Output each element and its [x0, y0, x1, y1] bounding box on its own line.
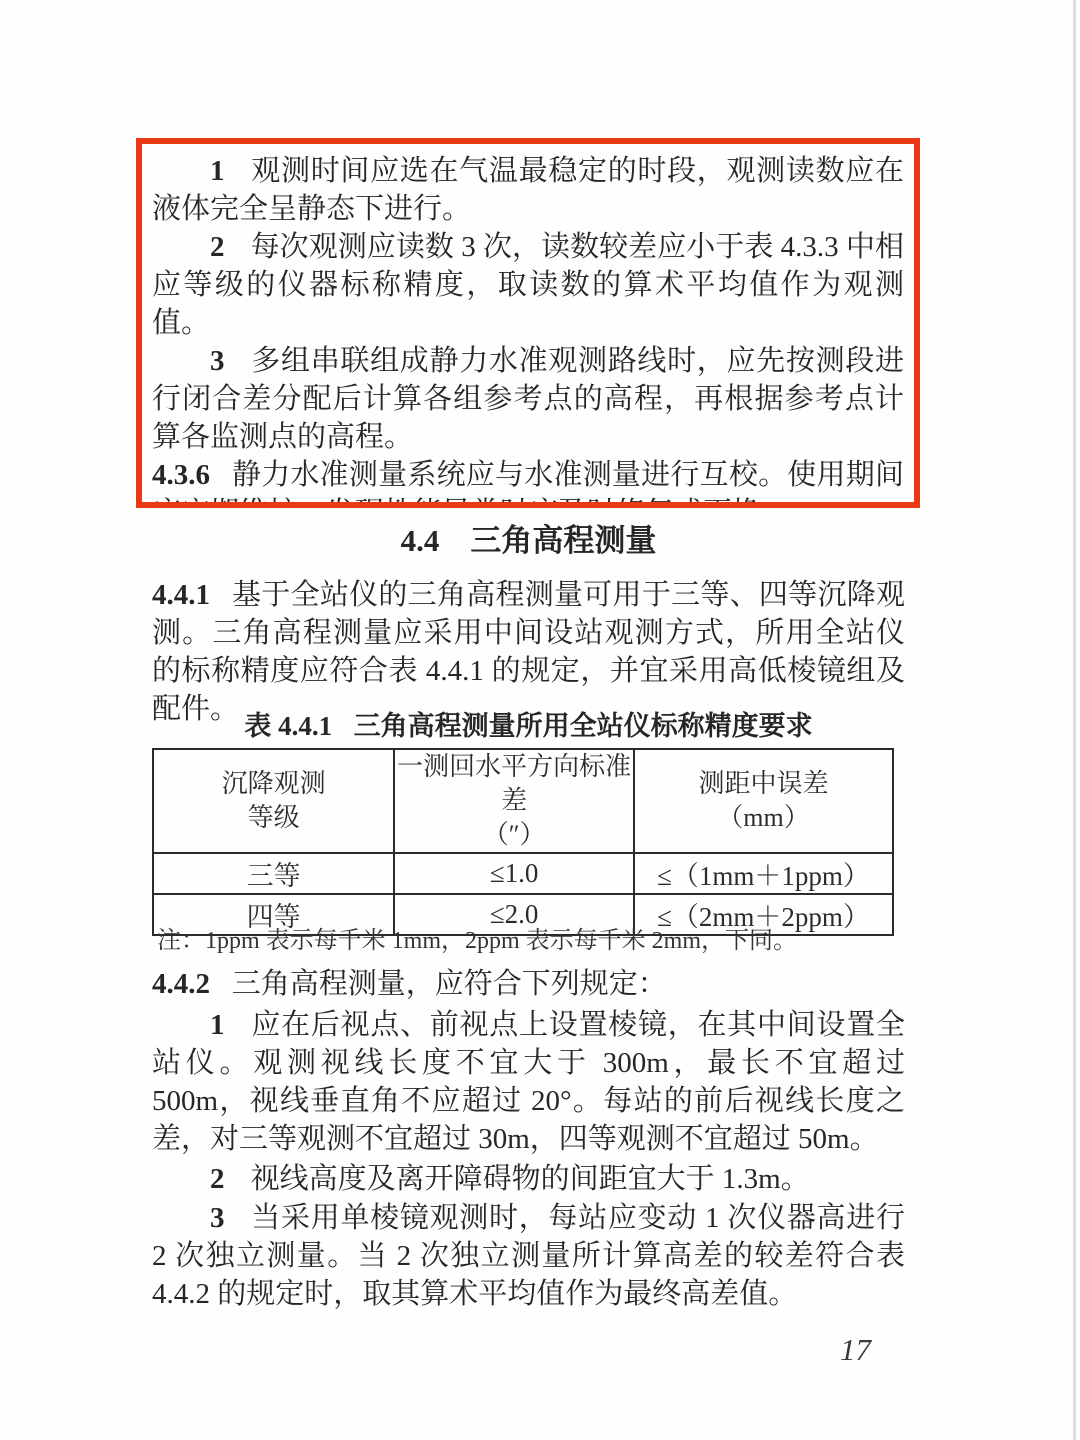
clause-442-item-3: 3当采用单棱镜观测时，每站应变动 1 次仪器高进行 2 次独立测量。当 2 次独… — [152, 1199, 905, 1313]
item-number: 3 — [210, 1202, 225, 1234]
cell-grade: 三等 — [153, 853, 394, 894]
table-caption-label: 表 4.4.1 — [244, 711, 332, 741]
boxed-item-2: 2每次观测应读数 3 次，读数较差应小于表 4.3.3 中相应等级的仪器标称精度… — [152, 228, 904, 342]
header-direction-stddev: 一测回水平方向标准差 （″） — [394, 749, 634, 853]
boxed-item-3: 3多组串联组成静力水准观测路线时，应先按测段进行闭合差分配后计算各组参考点的高程… — [152, 342, 904, 456]
item-text: 当采用单棱镜观测时，每站应变动 1 次仪器高进行 2 次独立测量。当 2 次独立… — [152, 1202, 905, 1310]
boxed-clause-text: 1观测时间应选在气温最稳定的时段，观测读数应在液体完全呈静态下进行。 2每次观测… — [142, 144, 914, 508]
header-grade: 沉降观测 等级 — [153, 749, 394, 853]
item-text: 视线高度及离开障碍物的间距宜大于 1.3m。 — [251, 1163, 810, 1195]
document-page: 1观测时间应选在气温最稳定的时段，观测读数应在液体完全呈静态下进行。 2每次观测… — [0, 0, 1080, 1440]
clause-text: 静力水准测量系统应与水准测量进行互校。使用期间应定期维护，发现性能异常时应及时修… — [152, 459, 904, 508]
precision-requirements-table: 沉降观测 等级 一测回水平方向标准差 （″） 测距中误差 （mm） 三等 — [152, 748, 894, 936]
item-paragraph: 3当采用单棱镜观测时，每站应变动 1 次仪器高进行 2 次独立测量。当 2 次独… — [152, 1199, 905, 1313]
cell-stddev: ≤1.0 — [394, 853, 634, 894]
clause-number: 4.3.6 — [152, 459, 210, 491]
clause-442: 4.4.2三角高程测量，应符合下列规定： — [152, 965, 905, 1003]
item-text: 多组串联组成静力水准观测路线时，应先按测段进行闭合差分配后计算各组参考点的高程，… — [152, 345, 904, 453]
header-line: 一测回水平方向标准差 — [395, 750, 633, 818]
header-line: （mm） — [635, 801, 892, 835]
item-paragraph: 1应在后视点、前视点上设置棱镜，在其中间设置全站仪。观测视线长度不宜大于 300… — [152, 1006, 905, 1158]
item-number: 2 — [210, 231, 225, 263]
item-number: 1 — [210, 1009, 225, 1041]
section-title: 三角高程测量 — [470, 523, 656, 558]
item-number: 1 — [210, 155, 225, 187]
clause-number: 4.4.1 — [152, 579, 210, 611]
section-number: 4.4 — [401, 523, 440, 558]
scan-edge-artifact — [1073, 0, 1076, 1440]
header-line: 沉降观测 — [154, 767, 393, 801]
item-text: 观测时间应选在气温最稳定的时段，观测读数应在液体完全呈静态下进行。 — [152, 155, 904, 225]
clause-442-item-2: 2视线高度及离开障碍物的间距宜大于 1.3m。 — [152, 1160, 905, 1198]
table-header-row: 沉降观测 等级 一测回水平方向标准差 （″） 测距中误差 （mm） — [153, 749, 893, 853]
header-line: 等级 — [154, 801, 393, 835]
boxed-item-1: 1观测时间应选在气温最稳定的时段，观测读数应在液体完全呈静态下进行。 — [152, 152, 904, 228]
item-paragraph: 2视线高度及离开障碍物的间距宜大于 1.3m。 — [152, 1160, 905, 1198]
boxed-clause-436: 4.3.6静力水准测量系统应与水准测量进行互校。使用期间应定期维护，发现性能异常… — [152, 456, 904, 508]
page-number: 17 — [840, 1332, 871, 1368]
clause-number: 4.4.2 — [152, 968, 210, 1000]
table-row: 三等 ≤1.0 ≤（1mm＋1ppm） — [153, 853, 893, 894]
clause-lead: 三角高程测量，应符合下列规定： — [232, 968, 667, 1000]
header-line: 测距中误差 — [635, 767, 892, 801]
item-number: 2 — [210, 1163, 225, 1195]
table-441-container: 沉降观测 等级 一测回水平方向标准差 （″） 测距中误差 （mm） 三等 — [152, 748, 894, 936]
header-distance-error: 测距中误差 （mm） — [634, 749, 893, 853]
cell-distance-error: ≤（1mm＋1ppm） — [634, 853, 893, 894]
item-text: 每次观测应读数 3 次，读数较差应小于表 4.3.3 中相应等级的仪器标称精度，… — [152, 231, 904, 339]
clause-442-item-1: 1应在后视点、前视点上设置棱镜，在其中间设置全站仪。观测视线长度不宜大于 300… — [152, 1006, 905, 1158]
item-text: 应在后视点、前视点上设置棱镜，在其中间设置全站仪。观测视线长度不宜大于 300m… — [152, 1009, 905, 1155]
header-line: （″） — [395, 818, 633, 852]
section-heading: 4.4三角高程测量 — [152, 515, 905, 560]
highlight-annotation-box: 1观测时间应选在气温最稳定的时段，观测读数应在液体完全呈静态下进行。 2每次观测… — [136, 138, 920, 508]
table-caption-title: 三角高程测量所用全站仪标称精度要求 — [354, 711, 813, 741]
item-number: 3 — [210, 345, 225, 377]
table-note: 注：1ppm 表示每千米 1mm，2ppm 表示每千米 2mm，下同。 — [157, 920, 907, 955]
table-caption: 表 4.4.1三角高程测量所用全站仪标称精度要求 — [152, 704, 905, 743]
